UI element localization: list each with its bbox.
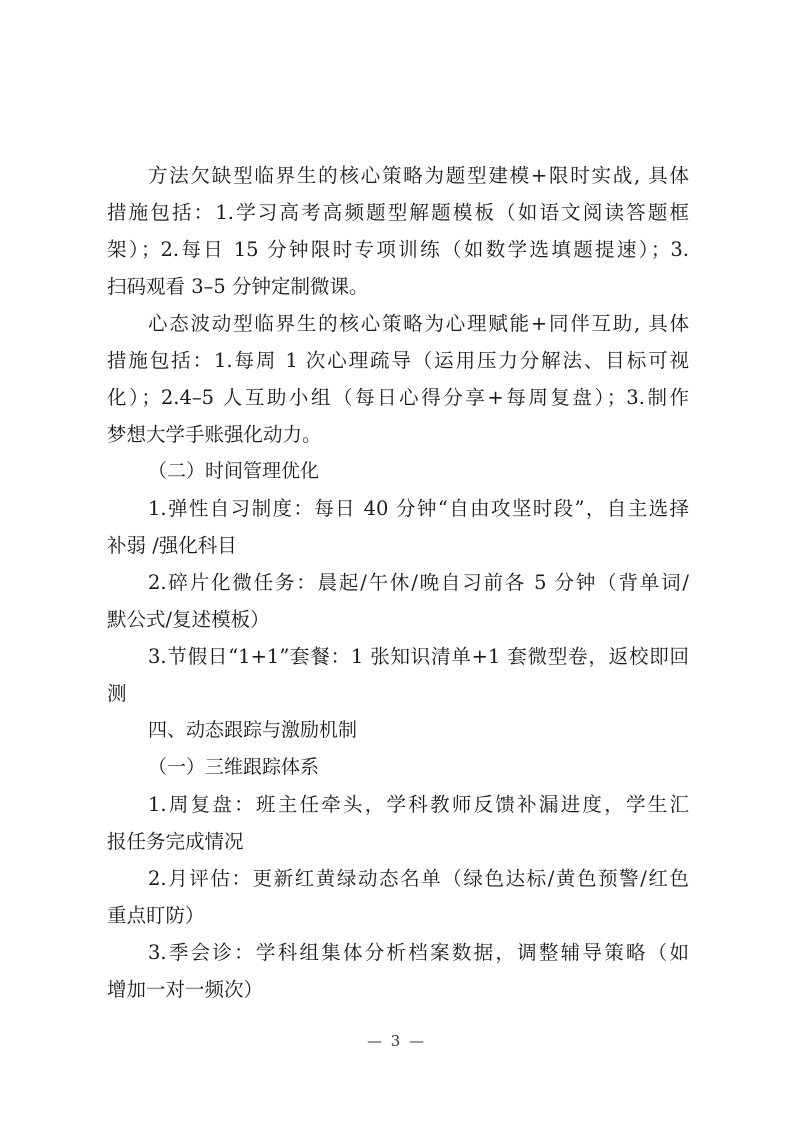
list-item-line: 重点盯防） bbox=[107, 897, 689, 934]
list-item-line: 3.节假日“1+1”套餐：1 张知识清单+1 套微型卷，返校即回 bbox=[107, 638, 689, 675]
list-item-line: 1.弹性自习制度：每日 40 分钟“自由攻坚时段”，自主选择 bbox=[107, 490, 689, 527]
section-heading: （一）三维跟踪体系 bbox=[107, 749, 689, 786]
list-item-line: 1.周复盘：班主任牵头，学科教师反馈补漏进度，学生汇 bbox=[107, 786, 689, 823]
list-item-line: 3.季会诊：学科组集体分析档案数据，调整辅导策略（如 bbox=[107, 934, 689, 971]
list-item-line: 增加一对一频次） bbox=[107, 971, 689, 1008]
chapter-heading: 四、动态跟踪与激励机制 bbox=[107, 712, 689, 749]
list-item-line: 2.月评估：更新红黄绿动态名单（绿色达标/黄色预警/红色 bbox=[107, 860, 689, 897]
paragraph-line: 措施包括：1.每周 1 次心理疏导（运用压力分解法、目标可视 bbox=[107, 342, 689, 379]
list-item-line: 默公式/复述模板） bbox=[107, 601, 689, 638]
paragraph-line: 扫码观看 3–5 分钟定制微课。 bbox=[107, 268, 689, 305]
list-item-line: 2.碎片化微任务：晨起/午休/晚自习前各 5 分钟（背单词/ bbox=[107, 564, 689, 601]
paragraph-line: 措施包括：1.学习高考高频题型解题模板（如语文阅读答题框 bbox=[107, 194, 689, 231]
paragraph-line: 架）；2.每日 15 分钟限时专项训练（如数学选填题提速）；3. bbox=[107, 231, 689, 268]
paragraph-line: 方法欠缺型临界生的核心策略为题型建模+限时实战, 具体 bbox=[107, 157, 689, 194]
paragraph-line: 梦想大学手账强化动力。 bbox=[107, 416, 689, 453]
page-number: — 3 — bbox=[0, 1032, 793, 1050]
paragraph-line: 化）；2.4–5 人互助小组（每日心得分享+每周复盘）；3.制作 bbox=[107, 379, 689, 416]
list-item-line: 测 bbox=[107, 675, 689, 712]
section-heading: （二）时间管理优化 bbox=[107, 453, 689, 490]
paragraph-line: 心态波动型临界生的核心策略为心理赋能+同伴互助, 具体 bbox=[107, 305, 689, 342]
list-item-line: 补弱 /强化科目 bbox=[107, 527, 689, 564]
list-item-line: 报任务完成情况 bbox=[107, 823, 689, 860]
